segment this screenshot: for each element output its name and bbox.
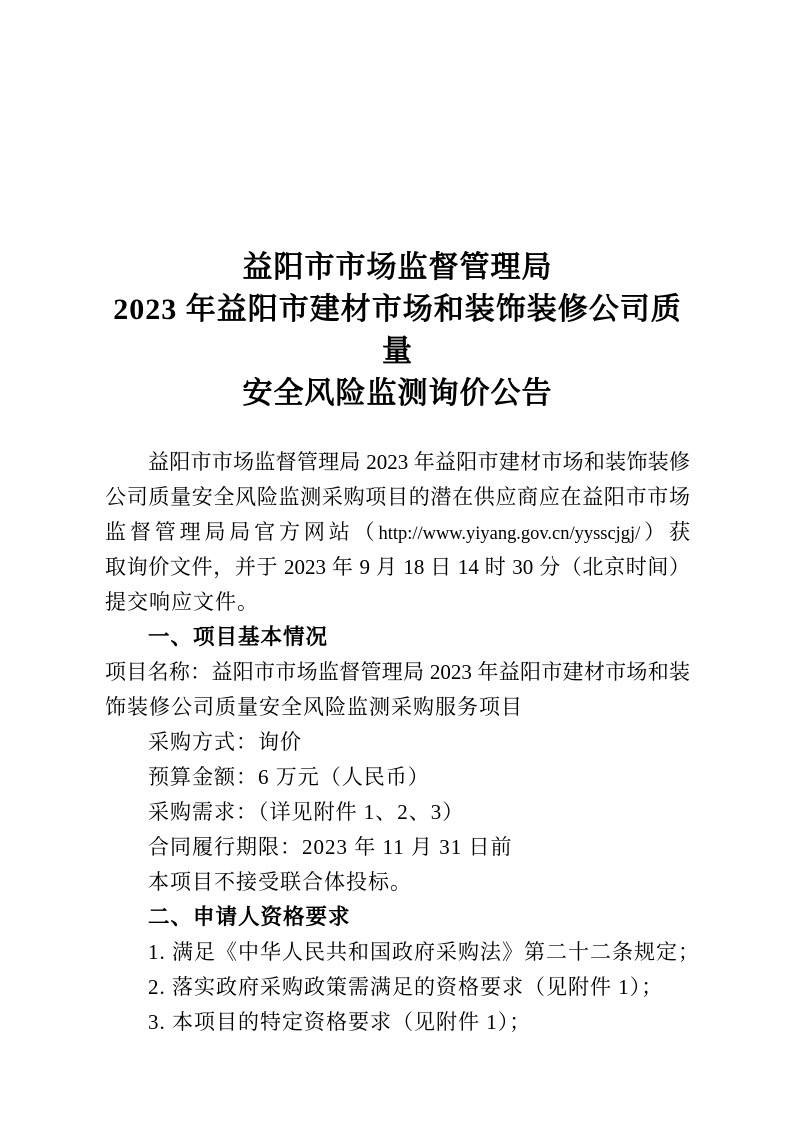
- qualification-item-2: 2. 落实政府采购政策需满足的资格要求（见附件 1）；: [105, 970, 690, 1005]
- document-body: 益阳市市场监督管理局 2023 年益阳市建材市场和装饰装修公司质量 安全风险监测…: [0, 0, 793, 1040]
- document-text: 益阳市市场监督管理局 2023 年益阳市建材市场和装饰装修 公司质量安全风险监测…: [105, 445, 690, 1040]
- intro-line-2: 公司质量安全风险监测采购项目的潜在供应商应在益阳市市场: [105, 480, 690, 515]
- intro-line-3-pre: 监督管理局局官方网站（: [105, 520, 378, 544]
- title-line-3: 安全风险监测询价公告: [105, 373, 690, 415]
- document-page: 益阳市市场监督管理局 2023 年益阳市建材市场和装饰装修公司质量 安全风险监测…: [0, 0, 793, 1122]
- qualification-item-1: 1. 满足《中华人民共和国政府采购法》第二十二条规定；: [105, 935, 690, 970]
- budget-line: 预算金额：6 万元（人民币）: [105, 760, 690, 795]
- requirements-line: 采购需求：（详见附件 1、2、3）: [105, 795, 690, 830]
- document-title: 益阳市市场监督管理局 2023 年益阳市建材市场和装饰装修公司质量 安全风险监测…: [105, 0, 690, 415]
- title-line-1: 益阳市市场监督管理局: [105, 247, 690, 289]
- intro-line-4: 取询价文件，并于 2023 年 9 月 18 日 14 时 30 分（北京时间）…: [105, 550, 690, 585]
- no-consortium-line: 本项目不接受联合体投标。: [105, 865, 690, 900]
- purchase-method-line: 采购方式：询价: [105, 725, 690, 760]
- website-url: http://www.yiyang.gov.cn/yysscjgj/: [378, 523, 640, 543]
- intro-line-1: 益阳市市场监督管理局 2023 年益阳市建材市场和装饰装修: [105, 445, 690, 480]
- contract-deadline-line: 合同履行期限：2023 年 11 月 31 日前: [105, 830, 690, 865]
- project-name-line-1: 项目名称：益阳市市场监督管理局 2023 年益阳市建材市场和装: [105, 655, 690, 690]
- section-2-heading: 二、申请人资格要求: [105, 900, 690, 935]
- qualification-item-3: 3. 本项目的特定资格要求（见附件 1）；: [105, 1005, 690, 1040]
- intro-line-5: 提交响应文件。: [105, 585, 690, 620]
- intro-line-3-post: ）获: [640, 520, 690, 544]
- section-1-heading: 一、项目基本情况: [105, 620, 690, 655]
- project-name-line-2: 饰装修公司质量安全风险监测采购服务项目: [105, 690, 690, 725]
- title-line-2: 2023 年益阳市建材市场和装饰装修公司质量: [105, 289, 690, 373]
- intro-line-3: 监督管理局局官方网站（http://www.yiyang.gov.cn/yyss…: [105, 515, 690, 550]
- intro-paragraph: 益阳市市场监督管理局 2023 年益阳市建材市场和装饰装修 公司质量安全风险监测…: [105, 445, 690, 620]
